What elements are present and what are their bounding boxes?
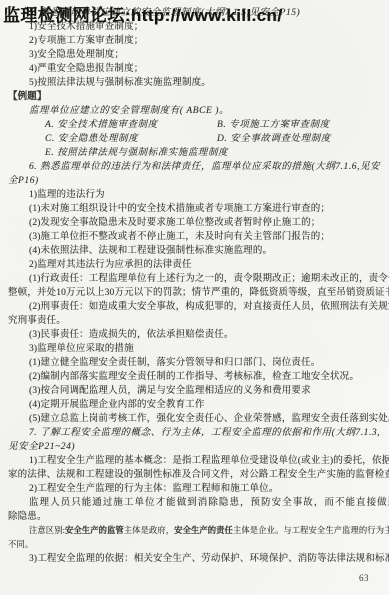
- text-line: 7. 了解工程安全监理的概念、行为主体，工程安全监理的依据和作用(大纲7.1.3…: [8, 426, 382, 440]
- text-line: 5)按照法律法规与强制标准实施监理制度。: [8, 76, 382, 90]
- plain-text: 主体是企业。与工程安全生产监理的行为主体: [233, 526, 389, 535]
- plain-text: 注意区别:: [29, 526, 65, 535]
- text-line: 3)监理单位应采取的措施: [8, 342, 382, 356]
- text-line: 2)专项施工方案审查制度；: [8, 34, 382, 48]
- text-line: 1)工程安全生产监理的基本概念：是指工程监理单位受建设单位(或业主)的委托，依据…: [8, 454, 382, 468]
- option-text: A. 安全技术措施审查制度: [45, 118, 217, 132]
- plain-text: 主体是政府，: [124, 526, 174, 535]
- scanned-page: 5. 熟悉监理单位应建立的安全监理制度(大纲7.1.5,见安全P15)1)安全技…: [0, 0, 389, 595]
- text-line: 注意区别:安全生产的监管主体是政府，安全生产的责任主体是企业。与工程安全生产监理…: [8, 524, 382, 538]
- text-line: 【例题】: [8, 90, 382, 104]
- text-line: 除隐患。: [8, 510, 382, 524]
- forum-watermark: 监理检测网论坛:http://www.kill.cn/: [3, 1, 282, 26]
- text-line: (2)刑事责任：如造成重大安全事故，构成犯罪的，对直接责任人员，依照刑法有关规定…: [8, 300, 382, 314]
- text-line: (3)民事责任：造成损失的，依法承担赔偿责任。: [8, 328, 382, 342]
- page-number: 63: [359, 573, 369, 583]
- text-line: 不同。: [8, 538, 382, 552]
- text-line: 3)安全隐患处理制度；: [8, 48, 382, 62]
- emphasized-text: 安全生产的责任: [174, 526, 233, 535]
- option-text: D. 安全事故调查处理制度: [217, 132, 331, 146]
- text-line: 1)监理的违法行为: [8, 188, 382, 202]
- text-line: 监理单位应建立的安全管理制度有( ABCE )。: [8, 104, 382, 118]
- text-line: 3)工程安全监理的依据：相关安全生产、劳动保护、环境保护、消防等法律法规和标准规: [8, 552, 382, 566]
- text-line: (1)未对施工组织设计中的安全技术措施或者专项施工方案进行审查的；: [8, 202, 382, 216]
- text-line: (1)行政责任：工程监理单位有上述行为之一的，责令限期改正；逾期未改正的，责令停…: [8, 272, 382, 286]
- text-line: (5)建立总监上岗前考核工作，强化安全责任心、企业荣誉感，监理安全责任落到实处。: [8, 412, 382, 426]
- option-text: C. 安全隐患处理制度: [45, 132, 217, 146]
- text-line: (3)施工单位拒不整改或者不停止施工，未及时向有关主管部门报告的；: [8, 230, 382, 244]
- option-text: B. 专项施工方案审查制度: [217, 118, 330, 132]
- text-line: C. 安全隐患处理制度D. 安全事故调查处理制度: [8, 132, 382, 146]
- text-line: A. 安全技术措施审查制度B. 专项施工方案审查制度: [8, 118, 382, 132]
- text-line: 见安全P21~24): [8, 440, 382, 454]
- text-line: (4)定期开展监理企业内部的安全教育工作: [8, 398, 382, 412]
- text-line: (1)建立健全监理安全责任制，落实分管领导和归口部门、岗位责任。: [8, 356, 382, 370]
- text-line: 全P16): [8, 174, 382, 188]
- text-line: (4)未依照法律、法规和工程建设强制性标准实施监理的。: [8, 244, 382, 258]
- text-line: 4)严重安全隐患报告制度；: [8, 62, 382, 76]
- document-lines: 5. 熟悉监理单位应建立的安全监理制度(大纲7.1.5,见安全P15)1)安全技…: [8, 6, 382, 566]
- text-line: 家的法律、法规和工程建设的强制性标准及合同文件，对公路工程安全生产实施的监督检查…: [8, 468, 382, 482]
- text-line: E. 按照法律法规与强制标准实施监理制度: [8, 146, 382, 160]
- text-line: 2)监理对其违法行为应承担的法律责任: [8, 258, 382, 272]
- text-line: (3)按合同调配监理人员，满足与安全监理相适应的义务和费用要求: [8, 384, 382, 398]
- text-line: 整顿，并处10万元以上30万元以下的罚款；情节严重的，降低资质等级，直至吊销资质…: [8, 286, 382, 300]
- text-line: (2)发现安全事故隐患未及时要求施工单位整改或者暂时停止施工的；: [8, 216, 382, 230]
- text-line: (2)编制内部落实监理安全责任制的工作指导、考核标准，检查工地安全状况。: [8, 370, 382, 384]
- text-line: 6. 熟悉监理单位的违法行为和法律责任，监理单位应采取的措施(大纲7.1.6,见…: [8, 160, 382, 174]
- emphasized-text: 安全生产的监管: [65, 526, 124, 535]
- text-line: 究刑事责任。: [8, 314, 382, 328]
- text-line: 监理人员只能通过施工单位才能做到消除隐患，预防安全事故，而不能直接做到消: [8, 496, 382, 510]
- text-line: 2)工程安全生产监理的行为主体：监理工程师和施工单位。: [8, 482, 382, 496]
